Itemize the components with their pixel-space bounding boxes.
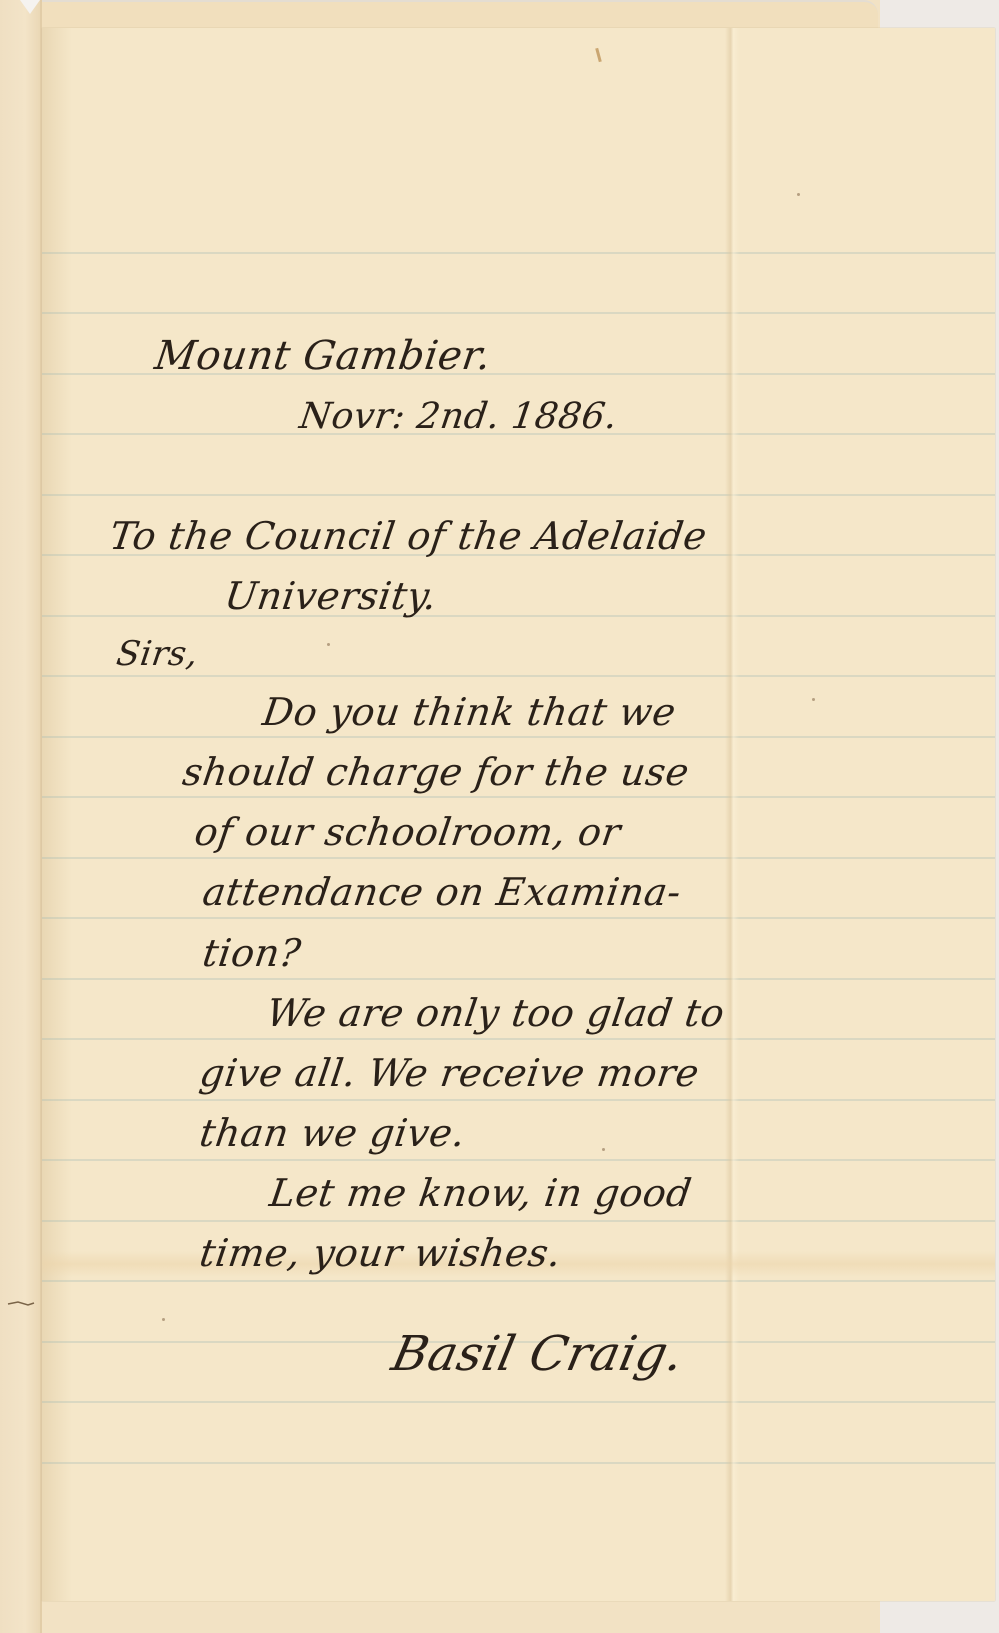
rule-line [42, 1220, 995, 1222]
rule-line [42, 675, 995, 677]
letter-date: Novr: 2nd. 1886. [297, 396, 620, 437]
body-line: give all. We receive more [197, 1051, 702, 1095]
paper-speck [602, 1148, 605, 1151]
salutation: Sirs, [114, 634, 201, 674]
body-line: of our schoolroom, or [192, 810, 624, 854]
recipient-address-line-1: To the Council of the Adelaide [107, 514, 710, 558]
paper-speck [327, 643, 330, 646]
body-line: attendance on Examina- [200, 870, 684, 914]
letter-place: Mount Gambier. [152, 333, 494, 379]
rule-line [42, 615, 995, 617]
body-line: Let me know, in good [267, 1171, 695, 1215]
rule-line [42, 1038, 995, 1040]
body-line: We are only too glad to [264, 991, 727, 1035]
body-line: Do you think that we [260, 690, 679, 734]
rule-line [42, 796, 995, 798]
tear-mark-icon [0, 1300, 40, 1308]
left-corner-notch [20, 0, 40, 14]
rule-line [42, 736, 995, 738]
paper-speck [162, 1318, 165, 1321]
rule-line [42, 494, 995, 496]
rule-line [42, 1099, 995, 1101]
rule-line [42, 917, 995, 919]
paper-speck [812, 698, 815, 701]
rule-line [42, 252, 995, 254]
bottom-sheet-edge [42, 1600, 862, 1633]
body-line: tion? [200, 931, 304, 975]
vertical-fold-crease [725, 28, 739, 1601]
rule-line [42, 1159, 995, 1161]
left-margin-strip [0, 0, 42, 1633]
rule-line [42, 1401, 995, 1403]
body-line: than we give. [197, 1111, 468, 1155]
rule-line [42, 978, 995, 980]
rule-line [42, 1462, 995, 1464]
page-edge-shade [42, 28, 72, 1601]
recipient-address-line-2: University. [222, 574, 440, 618]
rule-line [42, 312, 995, 314]
letter-page: Mount Gambier. Novr: 2nd. 1886. To the C… [42, 28, 995, 1601]
ink-stain [595, 48, 602, 62]
rule-line [42, 1280, 995, 1282]
body-line: should charge for the use [180, 750, 692, 794]
body-line: time, your wishes. [197, 1231, 564, 1275]
paper-speck [797, 193, 800, 196]
rule-line [42, 857, 995, 859]
signature: Basil Craig. [387, 1326, 689, 1382]
